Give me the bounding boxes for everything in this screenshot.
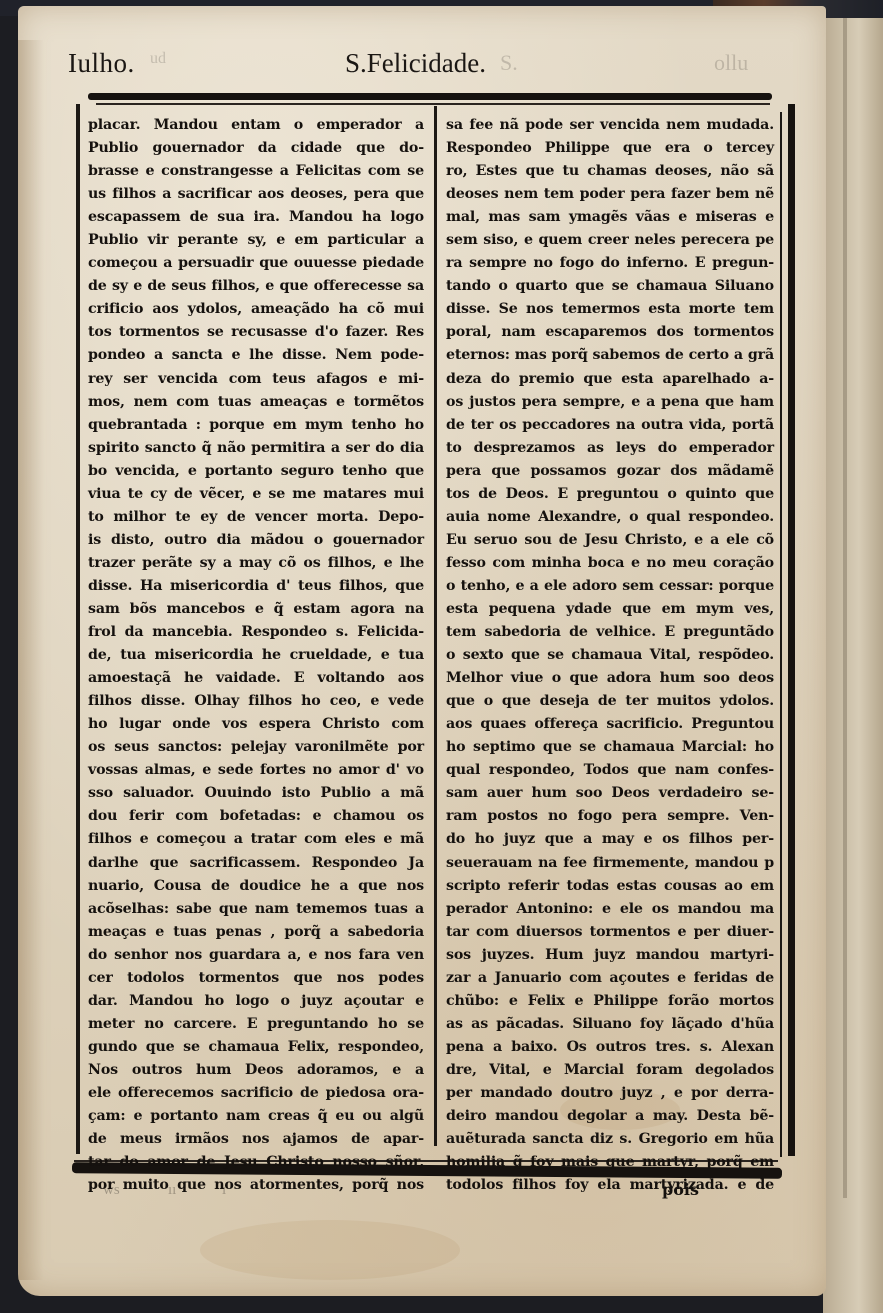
text-line: acõselhas: sabe que nam tememos tuas a [88, 898, 424, 921]
text-line: çam: e portanto nam creas q̃ eu ou algũ [88, 1105, 424, 1128]
page-edge-shadow [18, 40, 44, 1280]
text-line: Publio vir perante sy, e em particular a [88, 229, 424, 252]
show-through-text: S. [500, 50, 518, 76]
text-line: sem siso, e quem creer neles perecera pe [446, 229, 774, 252]
text-line: tos tormentos se recusasse d'o fazer. Re… [88, 321, 424, 344]
text-line: ho lugar onde vos espera Christo com [88, 713, 424, 736]
text-line: disse. Se nos temermos esta morte tem [446, 298, 774, 321]
text-line: auia nome Alexandre, o qual respondeo. [446, 506, 774, 529]
text-line: pena a baixo. Os outros tres. s. Alexan [446, 1036, 774, 1059]
frame-top-rule [88, 93, 772, 100]
text-line: Eu seruo sou de Jesu Christo, e a ele cõ [446, 529, 774, 552]
frame-right-thick-rule [788, 104, 795, 1156]
text-line: tar com diuersos tormentos e per diuer- [446, 921, 774, 944]
adjacent-page-gutter [843, 18, 847, 1198]
text-line: pondeo a sancta e lhe disse. Nem pode- [88, 344, 424, 367]
text-line: meter no carcere. E preguntando ho se [88, 1013, 424, 1036]
frame-left-rule [76, 104, 80, 1154]
text-line: sso saluador. Ouuindo isto Publio a mã [88, 782, 424, 805]
text-line: os seus sanctos: pelejay varonilmẽte por [88, 736, 424, 759]
text-line: cer todolos tormentos que nos podes [88, 967, 424, 990]
text-line: Nos outros hum Deos adoramos, e a [88, 1059, 424, 1082]
frame-top-thin-rule [96, 103, 770, 105]
text-line: deiro mandou degolar a may. Desta bẽ- [446, 1105, 774, 1128]
text-line: as as pãcadas. Siluano foy lãçado d'hũa [446, 1013, 774, 1036]
text-line: poral, nam escaparemos dos tormentos [446, 321, 774, 344]
text-line: meaças e tuas penas , porq̃ a sabedoria [88, 921, 424, 944]
text-line: us filhos a sacrificar aos deoses, pera … [88, 183, 424, 206]
text-line: eternos: mas porq̃ sabemos de certo a gr… [446, 344, 774, 367]
text-line: seuerauam na fee firmemente, mandou p [446, 852, 774, 875]
text-line: começou a persuadir que ouuesse piedade [88, 252, 424, 275]
text-line: darlhe que sacrificassem. Respondeo Ja [88, 852, 424, 875]
running-head-title: S.Felicidade. [345, 48, 486, 79]
show-through-text: ud [150, 50, 166, 68]
text-line: quebrantada : porque em mym tenho ho [88, 414, 424, 437]
text-line: bo vencida, e portanto seguro tenho que [88, 460, 424, 483]
text-line: amoestaçã he vaidade. E voltando aos [88, 667, 424, 690]
frame-right-thin-rule [780, 112, 782, 1157]
text-line: ele offerecemos sacrificio de piedosa or… [88, 1082, 424, 1105]
text-line: que o que deseja de ter muitos ydolos. [446, 690, 774, 713]
text-line: Respondeo Philippe que era o tercey [446, 137, 774, 160]
text-line: viua te cy de vẽcer, e se me matares mui [88, 483, 424, 506]
text-line: dar. Mandou ho logo o juyz açoutar e [88, 990, 424, 1013]
text-line: zar a Januario com açoutes e feridas de [446, 967, 774, 990]
text-line: mal, mas sam ymagẽs vãas e miseras e [446, 206, 774, 229]
text-line: do senhor nos guardara a, e nos fara ven [88, 944, 424, 967]
text-line: de meus irmãos nos ajamos de apar- [88, 1128, 424, 1151]
text-line: placar. Mandou entam o emperador a [88, 114, 424, 137]
paper-stain [200, 1220, 460, 1280]
text-line: scripto referir todas estas cousas ao em [446, 875, 774, 898]
text-line: o tenho, e a ele adoro sem cessar: porqu… [446, 575, 774, 598]
text-line: chũbo: e Felix e Philippe forão mortos [446, 990, 774, 1013]
text-line: sa fee nã pode ser vencida nem mudada. [446, 114, 774, 137]
text-column-left: placar. Mandou entam o emperador aPublio… [88, 114, 424, 1197]
running-head-month: Iulho. [68, 48, 135, 79]
text-line: deza do premio que esta aparelhado a- [446, 368, 774, 391]
show-through-footer: ıı [168, 1182, 176, 1199]
text-line: homilia q̃ foy mais que martyr, porq̃ em [446, 1151, 774, 1174]
text-line: aos quaes offereça sacrificio. Preguntou [446, 713, 774, 736]
text-line: do ho juyz que a may e os filhos per- [446, 828, 774, 851]
text-line: ro, Estes que tu chamas deoses, não sã [446, 160, 774, 183]
text-line: to desprezamos as leys do emperador [446, 437, 774, 460]
text-line: nuario, Cousa de doudice he a que nos [88, 875, 424, 898]
text-line: os justos pera sempre, e a pena que ham [446, 391, 774, 414]
text-line: dre, Vital, e Marcial foram degolados [446, 1059, 774, 1082]
text-line: brasse e constrangesse a Felicitas com s… [88, 160, 424, 183]
text-line: qual respondeo, Todos que nam confes- [446, 759, 774, 782]
catchword: pois [662, 1180, 699, 1199]
text-line: ram postos no fogo pera sempre. Ven- [446, 805, 774, 828]
text-line: filhos disse. Olhay filhos ho ceo, e ved… [88, 690, 424, 713]
text-line: ra sempre no fogo do inferno. E pregun- [446, 252, 774, 275]
text-line: de, tua misericordia he crueldade, e tua [88, 644, 424, 667]
text-line: por muito que nos atormentes, porq̃ nos [88, 1174, 424, 1197]
text-line: tando o quarto que se chamaua Siluano [446, 275, 774, 298]
column-divider-rule [434, 106, 437, 1146]
text-line: ho septimo que se chamaua Marcial: ho [446, 736, 774, 759]
show-through-footer: ws [103, 1182, 120, 1199]
text-line: deoses nem tem poder pera fazer bem nẽ [446, 183, 774, 206]
text-line: crificio aos ydolos, ameaçãdo ha cõ mui [88, 298, 424, 321]
show-through-footer: ı [222, 1182, 226, 1199]
text-line: dou ferir com bofetadas: e chamou os [88, 805, 424, 828]
text-column-right: sa fee nã pode ser vencida nem mudada.Re… [446, 114, 774, 1197]
text-line: tos de Deos. E preguntou o quinto que [446, 483, 774, 506]
text-line: disse. Ha misericordia d' teus filhos, q… [88, 575, 424, 598]
text-line: frol da mancebia. Respondeo s. Felicida- [88, 621, 424, 644]
text-line: per mandado doutro juyz , e por derra- [446, 1082, 774, 1105]
text-line: rey ser vencida com teus afagos e mi- [88, 368, 424, 391]
text-line: Melhor viue o que adora hum soo deos [446, 667, 774, 690]
text-line: sos juyzes. Hum juyz mandou martyri- [446, 944, 774, 967]
text-line: auẽturada sancta diz s. Gregorio em hũa [446, 1128, 774, 1151]
text-line: filhos e começou a tratar com eles e mã [88, 828, 424, 851]
text-line: sam bõs mancebos e q̃ estam agora na [88, 598, 424, 621]
text-line: mos, nem com tuas ameaças e tormẽtos [88, 391, 424, 414]
text-line: pera que possamos gozar dos mãdamẽ [446, 460, 774, 483]
running-head: Iulho. S.Felicidade. [0, 44, 883, 84]
text-line: trazer perãte sy a may cõ os filhos, e l… [88, 552, 424, 575]
text-line: is disto, outro dia mãdou o gouernador [88, 529, 424, 552]
text-line: o sexto que se chamaua Vital, respõdeo. [446, 644, 774, 667]
text-line: de ter os peccadores na outra vida, port… [446, 414, 774, 437]
text-line: de sy e de seus filhos, e que offerecess… [88, 275, 424, 298]
text-line: to milhor te ey de vencer morta. Depo- [88, 506, 424, 529]
text-line: escapassem de sua ira. Mandou ha logo [88, 206, 424, 229]
text-line: vossas almas, e sede fortes no amor d' v… [88, 759, 424, 782]
text-line: sam auer hum soo Deos verdadeiro se- [446, 782, 774, 805]
text-line: todolos filhos foy ela martyrizada. e de [446, 1174, 774, 1197]
text-line: tem sabedoria de velhice. E preguntãdo [446, 621, 774, 644]
show-through-text: ollu [714, 50, 748, 76]
text-line: Publio gouernador da cidade que do- [88, 137, 424, 160]
text-line: spirito sancto q̃ não permitira a ser do… [88, 437, 424, 460]
text-line: gundo que se chamaua Felix, respondeo, [88, 1036, 424, 1059]
adjacent-page-edge [823, 18, 883, 1313]
text-line: tar do amor de Jesu Christo nosso sñor, [88, 1151, 424, 1174]
text-line: esta pequena ydade que em mym ves, [446, 598, 774, 621]
text-line: perador Antonino: e ele os mandou ma [446, 898, 774, 921]
text-line: fesso com minha boca e no meu coração [446, 552, 774, 575]
